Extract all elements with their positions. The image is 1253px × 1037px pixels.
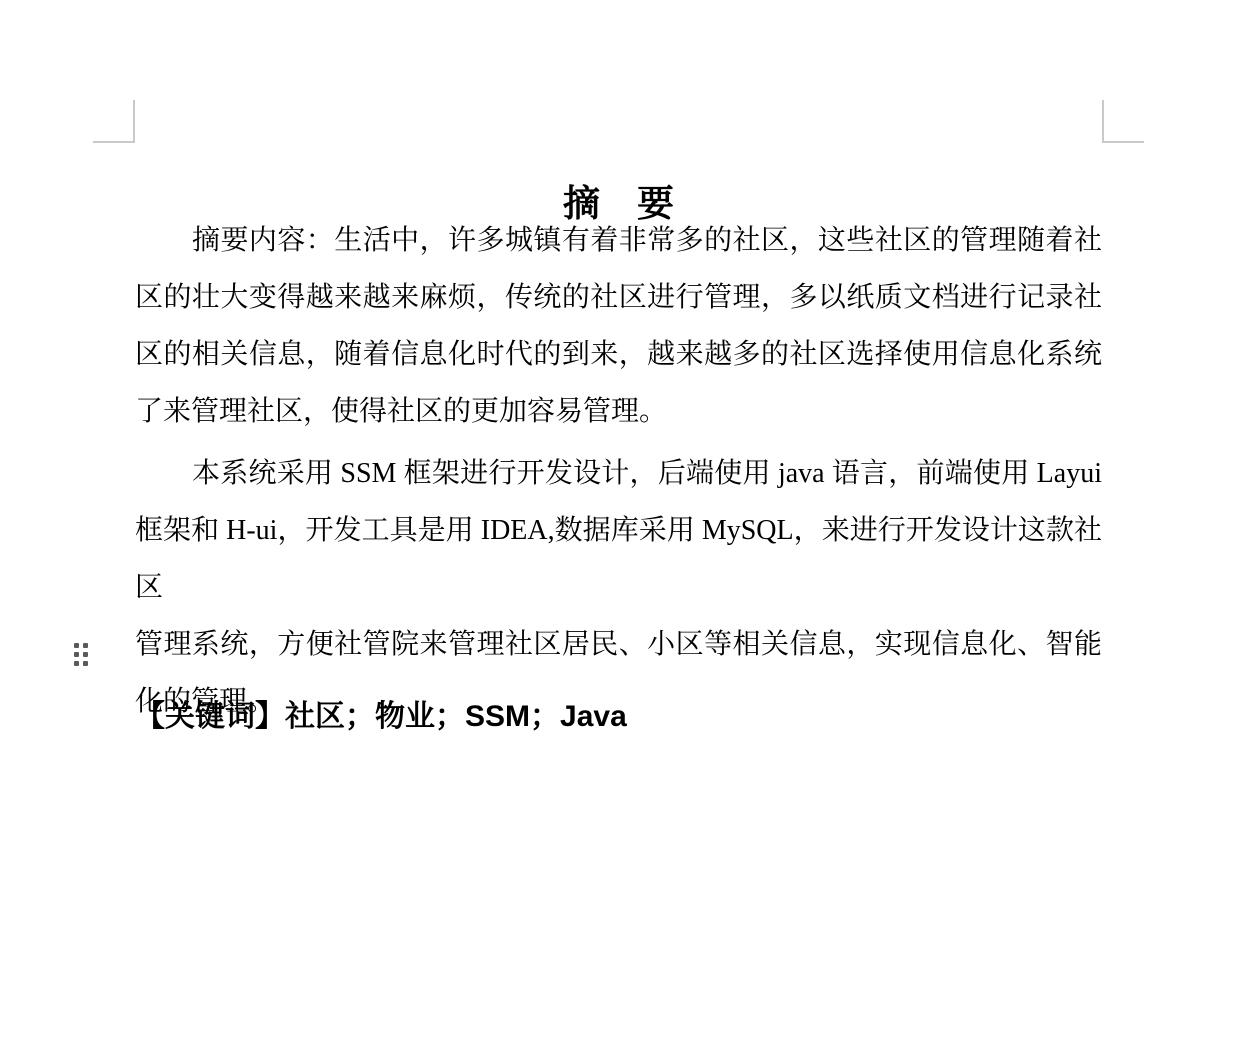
- abstract-paragraph-1: 摘要内容：生活中，许多城镇有着非常多的社区，这些社区的管理随着社 区的壮大变得越…: [135, 212, 1102, 440]
- drag-handle-dot: [74, 652, 79, 657]
- drag-handle-dot: [83, 652, 88, 657]
- paragraph-line: 本系统采用 SSM 框架进行开发设计，后端使用 java 语言，前端使用 Lay…: [135, 445, 1102, 502]
- paragraph-line: 框架和 H-ui，开发工具是用 IDEA,数据库采用 MySQL，来进行开发设计…: [135, 502, 1102, 616]
- keywords-line: 【关键词】社区；物业；SSM；Java: [135, 688, 1102, 745]
- drag-handle-dot: [83, 643, 88, 648]
- margin-crop-mark-top-right: [1102, 100, 1144, 143]
- paragraph-drag-handle[interactable]: [74, 643, 88, 666]
- drag-handle-dot: [74, 661, 79, 666]
- paragraph-line: 了来管理社区，使得社区的更加容易管理。: [135, 383, 1102, 440]
- document-page: 摘 要 摘要内容：生活中，许多城镇有着非常多的社区，这些社区的管理随着社 区的壮…: [0, 0, 1253, 1037]
- drag-handle-dot: [83, 661, 88, 666]
- paragraph-line: 区的相关信息，随着信息化时代的到来，越来越多的社区选择使用信息化系统: [135, 326, 1102, 383]
- paragraph-line: 区的壮大变得越来越来麻烦，传统的社区进行管理，多以纸质文档进行记录社: [135, 269, 1102, 326]
- paragraph-line: 摘要内容：生活中，许多城镇有着非常多的社区，这些社区的管理随着社: [135, 212, 1102, 269]
- paragraph-line: 管理系统，方便社管院来管理社区居民、小区等相关信息，实现信息化、智能: [135, 616, 1102, 673]
- drag-handle-dot: [74, 643, 79, 648]
- margin-crop-mark-top-left: [93, 100, 135, 143]
